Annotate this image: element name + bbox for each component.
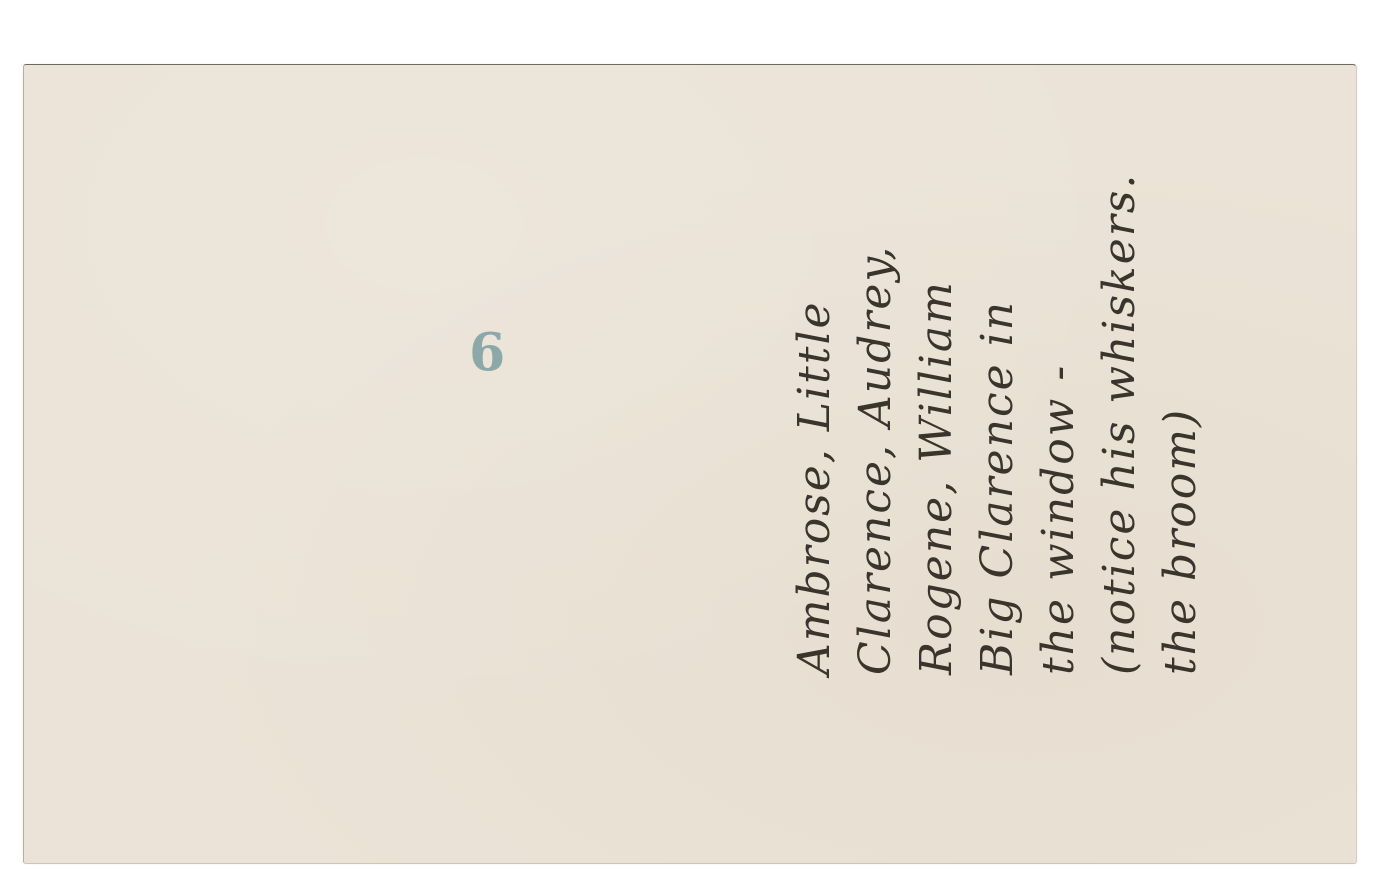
handwritten-line: Big Clarence in bbox=[967, 175, 1028, 675]
handwritten-line: Ambrose, Little bbox=[784, 175, 845, 675]
stamped-number: 9 bbox=[469, 323, 505, 375]
handwritten-card: 9 Ambrose, Little Clarence, Audrey, Roge… bbox=[23, 64, 1357, 864]
handwritten-note: Ambrose, Little Clarence, Audrey, Rogene… bbox=[784, 175, 1334, 675]
handwritten-line: Clarence, Audrey, bbox=[845, 175, 906, 675]
handwritten-line: Rogene, William bbox=[906, 175, 967, 675]
handwritten-line: the window - bbox=[1028, 175, 1089, 675]
handwritten-line: (notice his whiskers. bbox=[1089, 175, 1150, 675]
handwritten-note-text: Ambrose, Little Clarence, Audrey, Rogene… bbox=[784, 175, 1334, 675]
handwritten-line: the broom) bbox=[1150, 175, 1211, 675]
